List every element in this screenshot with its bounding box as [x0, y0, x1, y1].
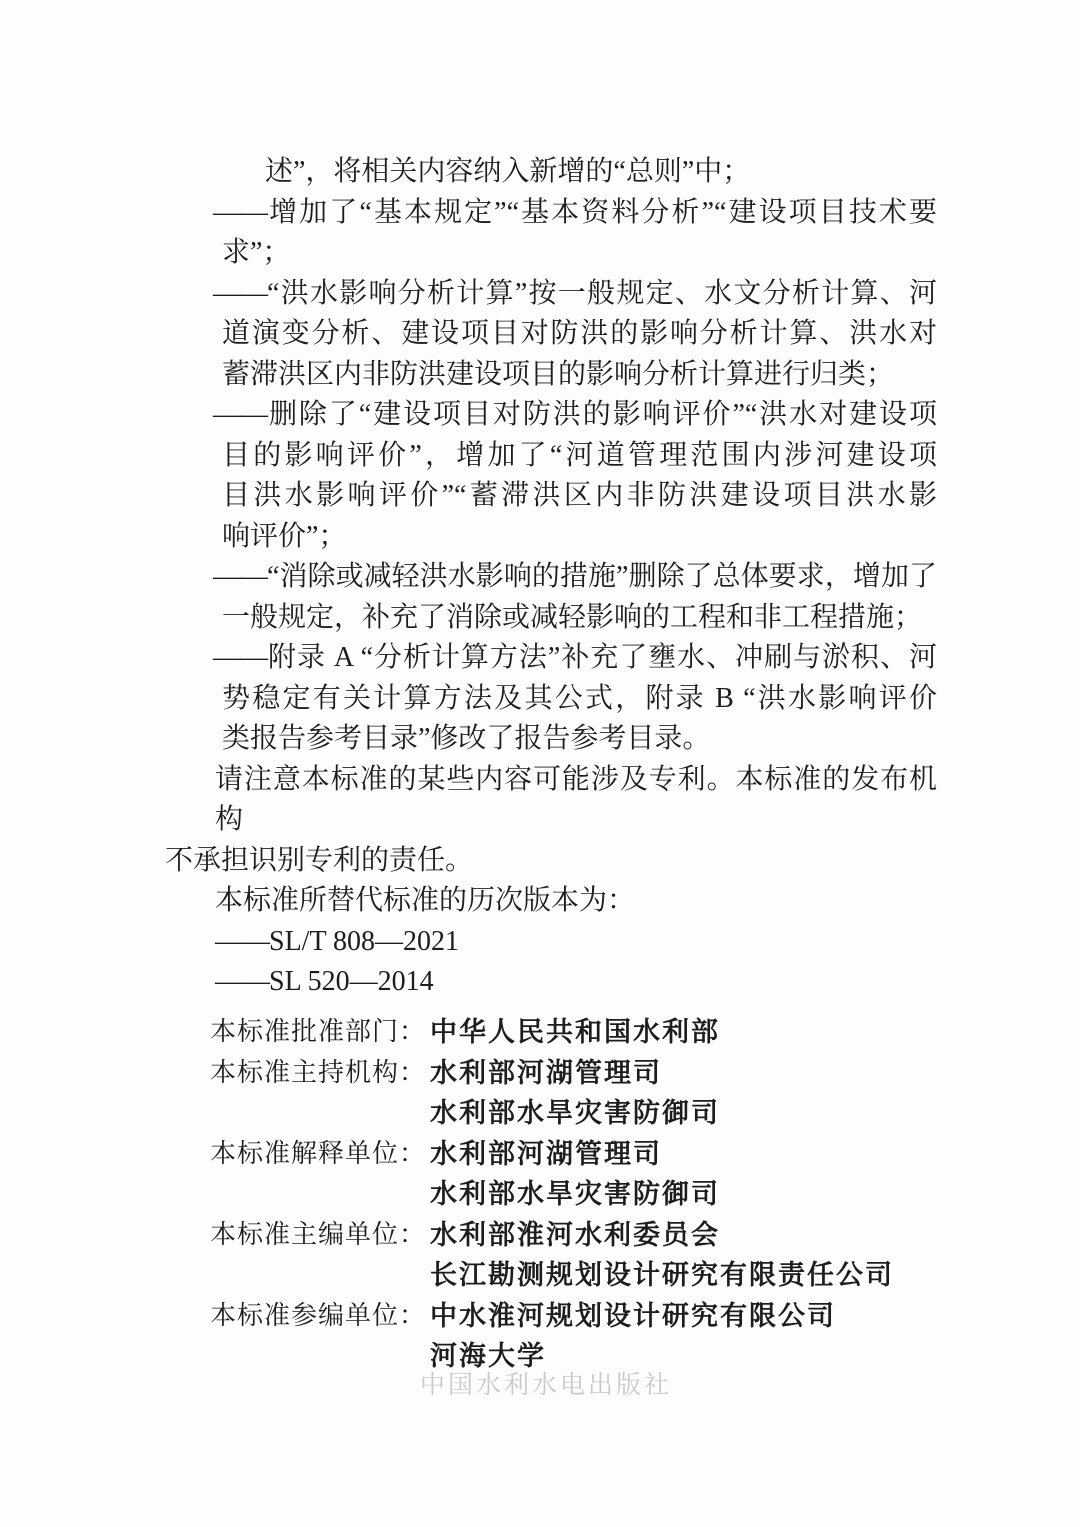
org-value: 水利部河湖管理司 — [430, 1053, 662, 1094]
org-value: 水利部水旱灾害防御司 — [430, 1174, 720, 1215]
version-code: SL/T 808—2021 — [269, 926, 459, 957]
org-label: 本标准主编单位： — [165, 1215, 430, 1256]
org-row-participating: 本标准参编单位： 中水淮河规划设计研究有限公司 — [165, 1296, 945, 1337]
item-dash: —— — [213, 399, 267, 430]
replaced-version-2: ——SL 520—2014 — [165, 962, 937, 1003]
patent-note-line-2: 不承担识别专利的责任。 — [165, 841, 937, 882]
item-text: 删除了“建设项目对防洪的影响评价”“洪水对建设项 — [267, 399, 937, 430]
org-value: 长江勘测规划设计研究有限责任公司 — [430, 1255, 894, 1296]
org-label-empty — [165, 1336, 430, 1377]
org-label-empty — [165, 1174, 430, 1215]
change-item-5-line-2: 势稳定有关计算方法及其公式，附录 B “洪水影响评价 — [165, 679, 937, 720]
change-item-2-line-1: ——“洪水影响分析计算”按一般规定、水文分析计算、河 — [165, 274, 937, 315]
change-item-5-line-1: ——附录 A “分析计算方法”补充了壅水、冲刷与淤积、河 — [165, 638, 937, 679]
change-item-4-line-1: ——“消除或减轻洪水影响的措施”删除了总体要求，增加了 — [165, 557, 937, 598]
org-row-interpretation: 本标准解释单位： 水利部河湖管理司 — [165, 1134, 945, 1175]
change-item-3-line-4: 响评价”； — [165, 517, 937, 558]
org-row-chief-editor-cont: 长江勘测规划设计研究有限责任公司 — [165, 1255, 945, 1296]
change-item-4-line-2: 一般规定，补充了消除或减轻影响的工程和非工程措施； — [165, 598, 937, 639]
org-label: 本标准解释单位： — [165, 1134, 430, 1175]
org-value: 水利部淮河水利委员会 — [430, 1215, 720, 1256]
change-item-5-line-3: 类报告参考目录”修改了报告参考目录。 — [165, 719, 937, 760]
change-item-2-line-3: 蓄滞洪区内非防洪建设项目的影响分析计算进行归类； — [165, 355, 937, 396]
change-item-2-line-2: 道演变分析、建设项目对防洪的影响分析计算、洪水对 — [165, 314, 937, 355]
org-label-empty — [165, 1255, 430, 1296]
org-row-chief-editor: 本标准主编单位： 水利部淮河水利委员会 — [165, 1215, 945, 1256]
patent-note-line-1: 请注意本标准的某些内容可能涉及专利。本标准的发布机构 — [165, 760, 937, 841]
item-text: “消除或减轻洪水影响的措施”删除了总体要求，增加了 — [267, 561, 937, 592]
org-row-interpretation-cont: 水利部水旱灾害防御司 — [165, 1174, 945, 1215]
organizations-block: 本标准批准部门： 中华人民共和国水利部 本标准主持机构： 水利部河湖管理司 水利… — [165, 1012, 945, 1377]
replaced-version-1: ——SL/T 808—2021 — [165, 922, 937, 963]
preface-text-block: 述”，将相关内容纳入新增的“总则”中； ——增加了“基本规定”“基本资料分析”“… — [165, 152, 937, 1003]
org-label: 本标准参编单位： — [165, 1296, 430, 1337]
replaced-versions-intro: 本标准所替代标准的历次版本为： — [165, 881, 937, 922]
change-item-3-line-3: 目洪水影响评价”“蓄滞洪区内非防洪建设项目洪水影 — [165, 476, 937, 517]
version-dash: —— — [215, 926, 269, 957]
item-dash: —— — [213, 278, 267, 309]
item-dash: —— — [213, 642, 267, 673]
org-row-host-cont: 水利部水旱灾害防御司 — [165, 1093, 945, 1134]
change-item-3-line-1: ——删除了“建设项目对防洪的影响评价”“洪水对建设项 — [165, 395, 937, 436]
org-value: 水利部河湖管理司 — [430, 1134, 662, 1175]
org-label: 本标准主持机构： — [165, 1053, 430, 1094]
org-value: 中华人民共和国水利部 — [430, 1012, 720, 1053]
org-value: 水利部水旱灾害防御司 — [430, 1093, 720, 1134]
change-item-1-line-2: 求”； — [165, 233, 937, 274]
item-dash: —— — [213, 561, 267, 592]
change-item-1-line-1: ——增加了“基本规定”“基本资料分析”“建设项目技术要 — [165, 193, 937, 234]
org-label: 本标准批准部门： — [165, 1012, 430, 1053]
version-code: SL 520—2014 — [269, 966, 434, 997]
org-value: 中水淮河规划设计研究有限公司 — [430, 1296, 836, 1337]
item-text: 附录 A “分析计算方法”补充了壅水、冲刷与淤积、河 — [267, 642, 937, 673]
carryover-line: 述”，将相关内容纳入新增的“总则”中； — [165, 152, 937, 193]
item-dash: —— — [213, 197, 267, 228]
item-text: 增加了“基本规定”“基本资料分析”“建设项目技术要 — [267, 197, 937, 228]
version-dash: —— — [215, 966, 269, 997]
org-row-host: 本标准主持机构： 水利部河湖管理司 — [165, 1053, 945, 1094]
publisher-watermark: 中国水利水电出版社 — [420, 1365, 672, 1401]
change-item-3-line-2: 目的影响评价”，增加了“河道管理范围内涉河建设项 — [165, 436, 937, 477]
document-page: 述”，将相关内容纳入新增的“总则”中； ——增加了“基本规定”“基本资料分析”“… — [0, 0, 1080, 1527]
org-label-empty — [165, 1093, 430, 1134]
item-text: “洪水影响分析计算”按一般规定、水文分析计算、河 — [267, 278, 937, 309]
org-row-approval: 本标准批准部门： 中华人民共和国水利部 — [165, 1012, 945, 1053]
